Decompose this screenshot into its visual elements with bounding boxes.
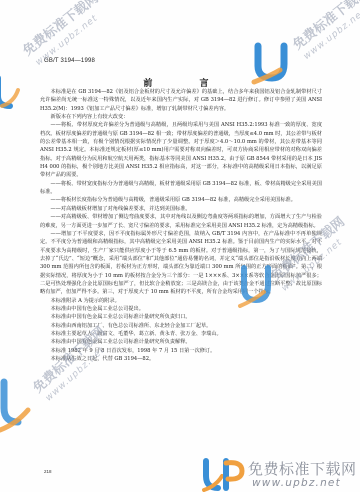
paragraph-drafters: 本标准主要起草人：阎富文、毛董华、葛立新、黄永青、张万金、李瑞山。 <box>40 330 322 338</box>
paragraph-intro: 本标准是在 GB 3194—82《铝及铝合金板材的尺寸及允许偏差》的基础上，结合… <box>40 88 322 113</box>
document-page: GB/T 3194—1998 前 言 本标准是在 GB 3194—82《铝及铝合… <box>0 0 360 492</box>
paragraph-thickness: ——将板、带材厚度允许偏差分为普通级与高精级，且两级均采用与美国 ANSI H3… <box>40 121 322 179</box>
up-logo-icon <box>0 374 38 434</box>
standard-number: GB/T 3194—1998 <box>44 58 95 64</box>
paragraph-centralized-by: 本标准由中国有色金属工业总公司标准计量研究所负责归口。 <box>40 313 322 321</box>
paragraph-length: ——将板材长度指标分为普通级与高精级，普通级采用原 GB 3194—82 标准，… <box>40 196 322 204</box>
brand-site-url: www.upbz.net <box>252 477 341 489</box>
paragraph-drafted-by: 本标准由西南铝加工厂、有色总公司标准所、东北轻合金加工厂起草。 <box>40 322 322 330</box>
brand-site-name: 免费标准下载网 <box>248 458 357 479</box>
up-logo-icon <box>200 458 248 492</box>
paragraph-replaces: 本标准从生效之日起，代替 GB 3194—82。 <box>40 355 322 363</box>
paragraph-history: 本标准 1982 年 9 月 8 日首次发布，1998 年 7 月 15 日第一… <box>40 347 322 355</box>
watermark-site-name: 免费标准下载网 <box>288 0 360 53</box>
paragraph-width: ——将板、带材宽度指标分为普通级与高精级，板材普通级采用原 GB 3194—82… <box>40 180 322 197</box>
paragraph-interpretation: 本标准由中国有色金属工业总公司标准计量研究所负责解释。 <box>40 338 322 346</box>
paragraph-appendix: 本标准附录 A 为提示的附录。 <box>40 297 322 305</box>
paragraph-diagonal: ——对高精级板材增加了对角线偏差要求，并达到美国标准。 <box>40 205 322 213</box>
page-number: 218 <box>44 469 52 474</box>
watermark-site-name: 免费标准下载网 <box>18 0 101 59</box>
watermark-site-url: www.upbz.net <box>302 7 360 62</box>
paragraph-edge-bow: ——对高精级板、带材增加了侧边弯曲度要求，其中对角线以及侧边弯曲度等两项指标的增… <box>40 213 322 230</box>
paragraph-changes-lead: 新版本在下列内容上有较大改变： <box>40 113 322 121</box>
paragraph-proposed-by: 本标准由中国有色金属工业总公司提出。 <box>40 305 322 313</box>
paragraph-flatness: ——增加了不平度要求，因不平度指标属外形尺寸偏差范围，故纳入 GB/T 3194… <box>40 230 322 297</box>
document-body: 本标准是在 GB 3194—82《铝及铝合金板材的尺寸及允许偏差》的基础上，结合… <box>40 88 322 363</box>
